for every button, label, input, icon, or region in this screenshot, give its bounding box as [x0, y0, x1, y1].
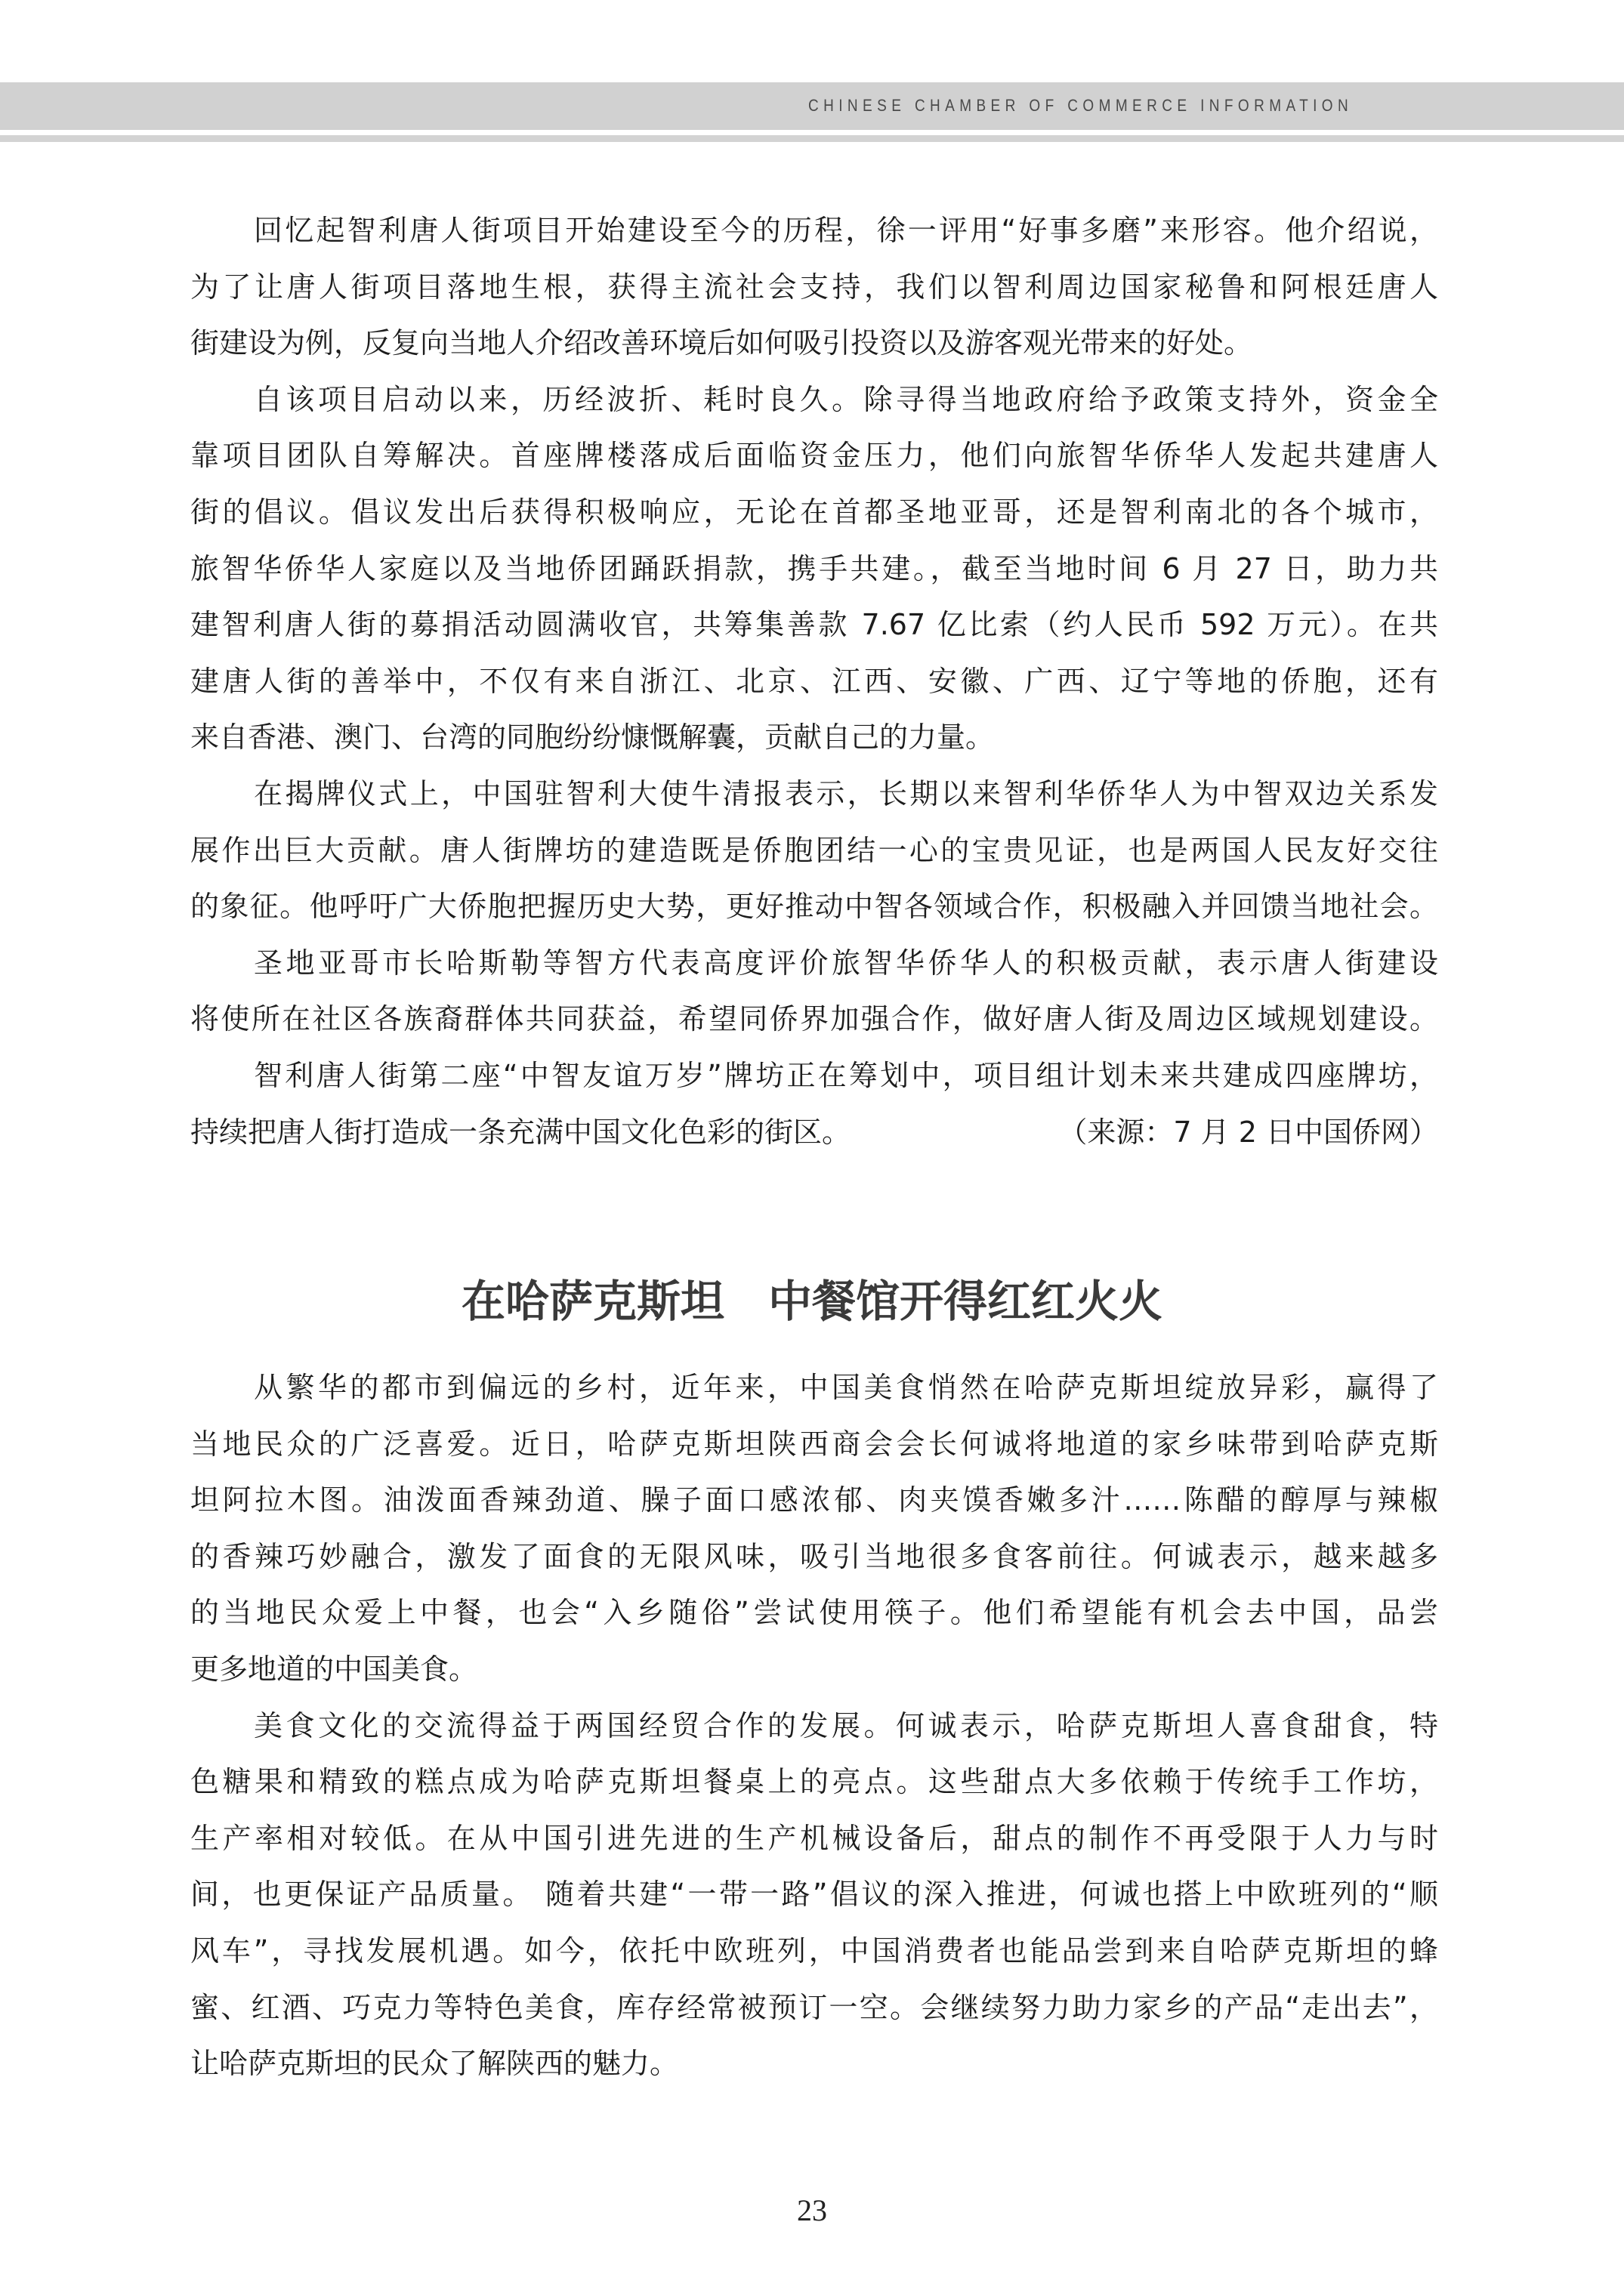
article-headline: 在哈萨克斯坦 中餐馆开得红红火火 [0, 1271, 1624, 1332]
text-line: 在揭牌仪式上，中国驻智利大使牛清报表示，长期以来智利华侨华人为中智双边关系发 [190, 766, 1438, 822]
paragraph: 在揭牌仪式上，中国驻智利大使牛清报表示，长期以来智利华侨华人为中智双边关系发 展… [190, 766, 1438, 935]
text-line: 色糖果和精致的糕点成为哈萨克斯坦餐桌上的亮点。这些甜点大多依赖于传统手工作坊， [190, 1754, 1438, 1810]
text-line: 建唐人街的善举中，不仅有来自浙江、北京、江西、安徽、广西、辽宁等地的侨胞，还有 [190, 653, 1438, 710]
text-line: 靠项目团队自筹解决。首座牌楼落成后面临资金压力，他们向旅智华侨华人发起共建唐人 [190, 427, 1438, 484]
article-chile-chinatown: 回忆起智利唐人街项目开始建设至今的历程，徐一评用“好事多磨”来形容。他介绍说， … [190, 202, 1438, 1160]
text-line: 美食文化的交流得益于两国经贸合作的发展。何诚表示，哈萨克斯坦人喜食甜食，特 [190, 1698, 1438, 1754]
text-line: 从繁华的都市到偏远的乡村，近年来，中国美食悄然在哈萨克斯坦绽放异彩，赢得了 [190, 1359, 1438, 1416]
text-line: 自该项目启动以来，历经波折、耗时良久。除寻得当地政府给予政策支持外，资金全 [190, 372, 1438, 428]
text-line: 为了让唐人街项目落地生根，获得主流社会支持，我们以智利周边国家秘鲁和阿根廷唐人 [190, 259, 1438, 316]
text-line: 圣地亚哥市长哈斯勒等智方代表高度评价旅智华侨华人的积极贡献，表示唐人街建设 [190, 935, 1438, 992]
text-line: 让哈萨克斯坦的民众了解陕西的魅力。 [190, 2035, 1438, 2092]
text-line: 生产率相对较低。在从中国引进先进的生产机械设备后，甜点的制作不再受限于人力与时 [190, 1810, 1438, 1867]
paragraph: 美食文化的交流得益于两国经贸合作的发展。何诚表示，哈萨克斯坦人喜食甜食，特 色糖… [190, 1698, 1438, 2092]
publication-title: CHINESE CHAMBER OF COMMERCE INFORMATION [808, 94, 1428, 119]
text-line: 持续把唐人街打造成一条充满中国文化色彩的街区。 [190, 1104, 851, 1161]
header-rule [0, 135, 1624, 142]
source-citation: （来源：7 月 2 日中国侨网） [1058, 1104, 1438, 1161]
paragraph: 从繁华的都市到偏远的乡村，近年来，中国美食悄然在哈萨克斯坦绽放异彩，赢得了 当地… [190, 1359, 1438, 1698]
paragraph: 智利唐人街第二座“中智友谊万岁”牌坊正在筹划中，项目组计划未来共建成四座牌坊， … [190, 1048, 1438, 1160]
text-line: 建智利唐人街的募捐活动圆满收官，共筹集善款 7.67 亿比索（约人民币 592 … [190, 597, 1438, 653]
paragraph: 自该项目启动以来，历经波折、耗时良久。除寻得当地政府给予政策支持外，资金全 靠项… [190, 372, 1438, 766]
text-line: 将使所在社区各族裔群体共同获益，希望同侨界加强合作，做好唐人街及周边区域规划建设… [190, 991, 1438, 1048]
text-line: 街的倡议。倡议发出后获得积极响应，无论在首都圣地亚哥，还是智利南北的各个城市， [190, 484, 1438, 541]
text-line: 坦阿拉木图。油泼面香辣劲道、臊子面口感浓郁、肉夹馍香嫩多汁……陈醋的醇厚与辣椒 [190, 1472, 1438, 1529]
text-line: 的象征。他呼吁广大侨胞把握历史大势，更好推动中智各领域合作，积极融入并回馈当地社… [190, 878, 1438, 935]
text-line: 回忆起智利唐人街项目开始建设至今的历程，徐一评用“好事多磨”来形容。他介绍说， [190, 202, 1438, 259]
text-line: 蜜、红酒、巧克力等特色美食，库存经常被预订一空。会继续努力助力家乡的产品“走出去… [190, 1980, 1438, 2036]
text-line: 旅智华侨华人家庭以及当地侨团踊跃捐款，携手共建。，截至当地时间 6 月 27 日… [190, 541, 1438, 597]
text-line: 街建设为例，反复向当地人介绍改善环境后如何吸引投资以及游客观光带来的好处。 [190, 315, 1438, 372]
text-line: 展作出巨大贡献。唐人街牌坊的建造既是侨胞团结一心的宝贵见证，也是两国人民友好交往 [190, 822, 1438, 879]
text-line: 更多地道的中国美食。 [190, 1641, 1438, 1698]
text-line: 来自香港、澳门、台湾的同胞纷纷慷慨解囊，贡献自己的力量。 [190, 709, 1438, 766]
text-line: 的香辣巧妙融合，激发了面食的无限风味，吸引当地很多食客前往。何诚表示，越来越多 [190, 1529, 1438, 1585]
text-line: 的当地民众爱上中餐，也会“入乡随俗”尝试使用筷子。他们希望能有机会去中国，品尝 [190, 1585, 1438, 1641]
text-line-with-source: 持续把唐人街打造成一条充满中国文化色彩的街区。 （来源：7 月 2 日中国侨网） [190, 1104, 1438, 1161]
page-number: 23 [0, 2192, 1624, 2230]
text-line: 当地民众的广泛喜爱。近日，哈萨克斯坦陕西商会会长何诚将地道的家乡味带到哈萨克斯 [190, 1416, 1438, 1473]
text-line: 风车”，寻找发展机遇。如今，依托中欧班列，中国消费者也能品尝到来自哈萨克斯坦的蜂 [190, 1923, 1438, 1980]
paragraph: 圣地亚哥市长哈斯勒等智方代表高度评价旅智华侨华人的积极贡献，表示唐人街建设 将使… [190, 935, 1438, 1048]
paragraph: 回忆起智利唐人街项目开始建设至今的历程，徐一评用“好事多磨”来形容。他介绍说， … [190, 202, 1438, 372]
text-line: 智利唐人街第二座“中智友谊万岁”牌坊正在筹划中，项目组计划未来共建成四座牌坊， [190, 1048, 1438, 1104]
article-kazakhstan-restaurants: 从繁华的都市到偏远的乡村，近年来，中国美食悄然在哈萨克斯坦绽放异彩，赢得了 当地… [190, 1359, 1438, 2092]
text-line: 间，也更保证产品质量。 随着共建“一带一路”倡议的深入推进，何诚也搭上中欧班列的… [190, 1866, 1438, 1923]
